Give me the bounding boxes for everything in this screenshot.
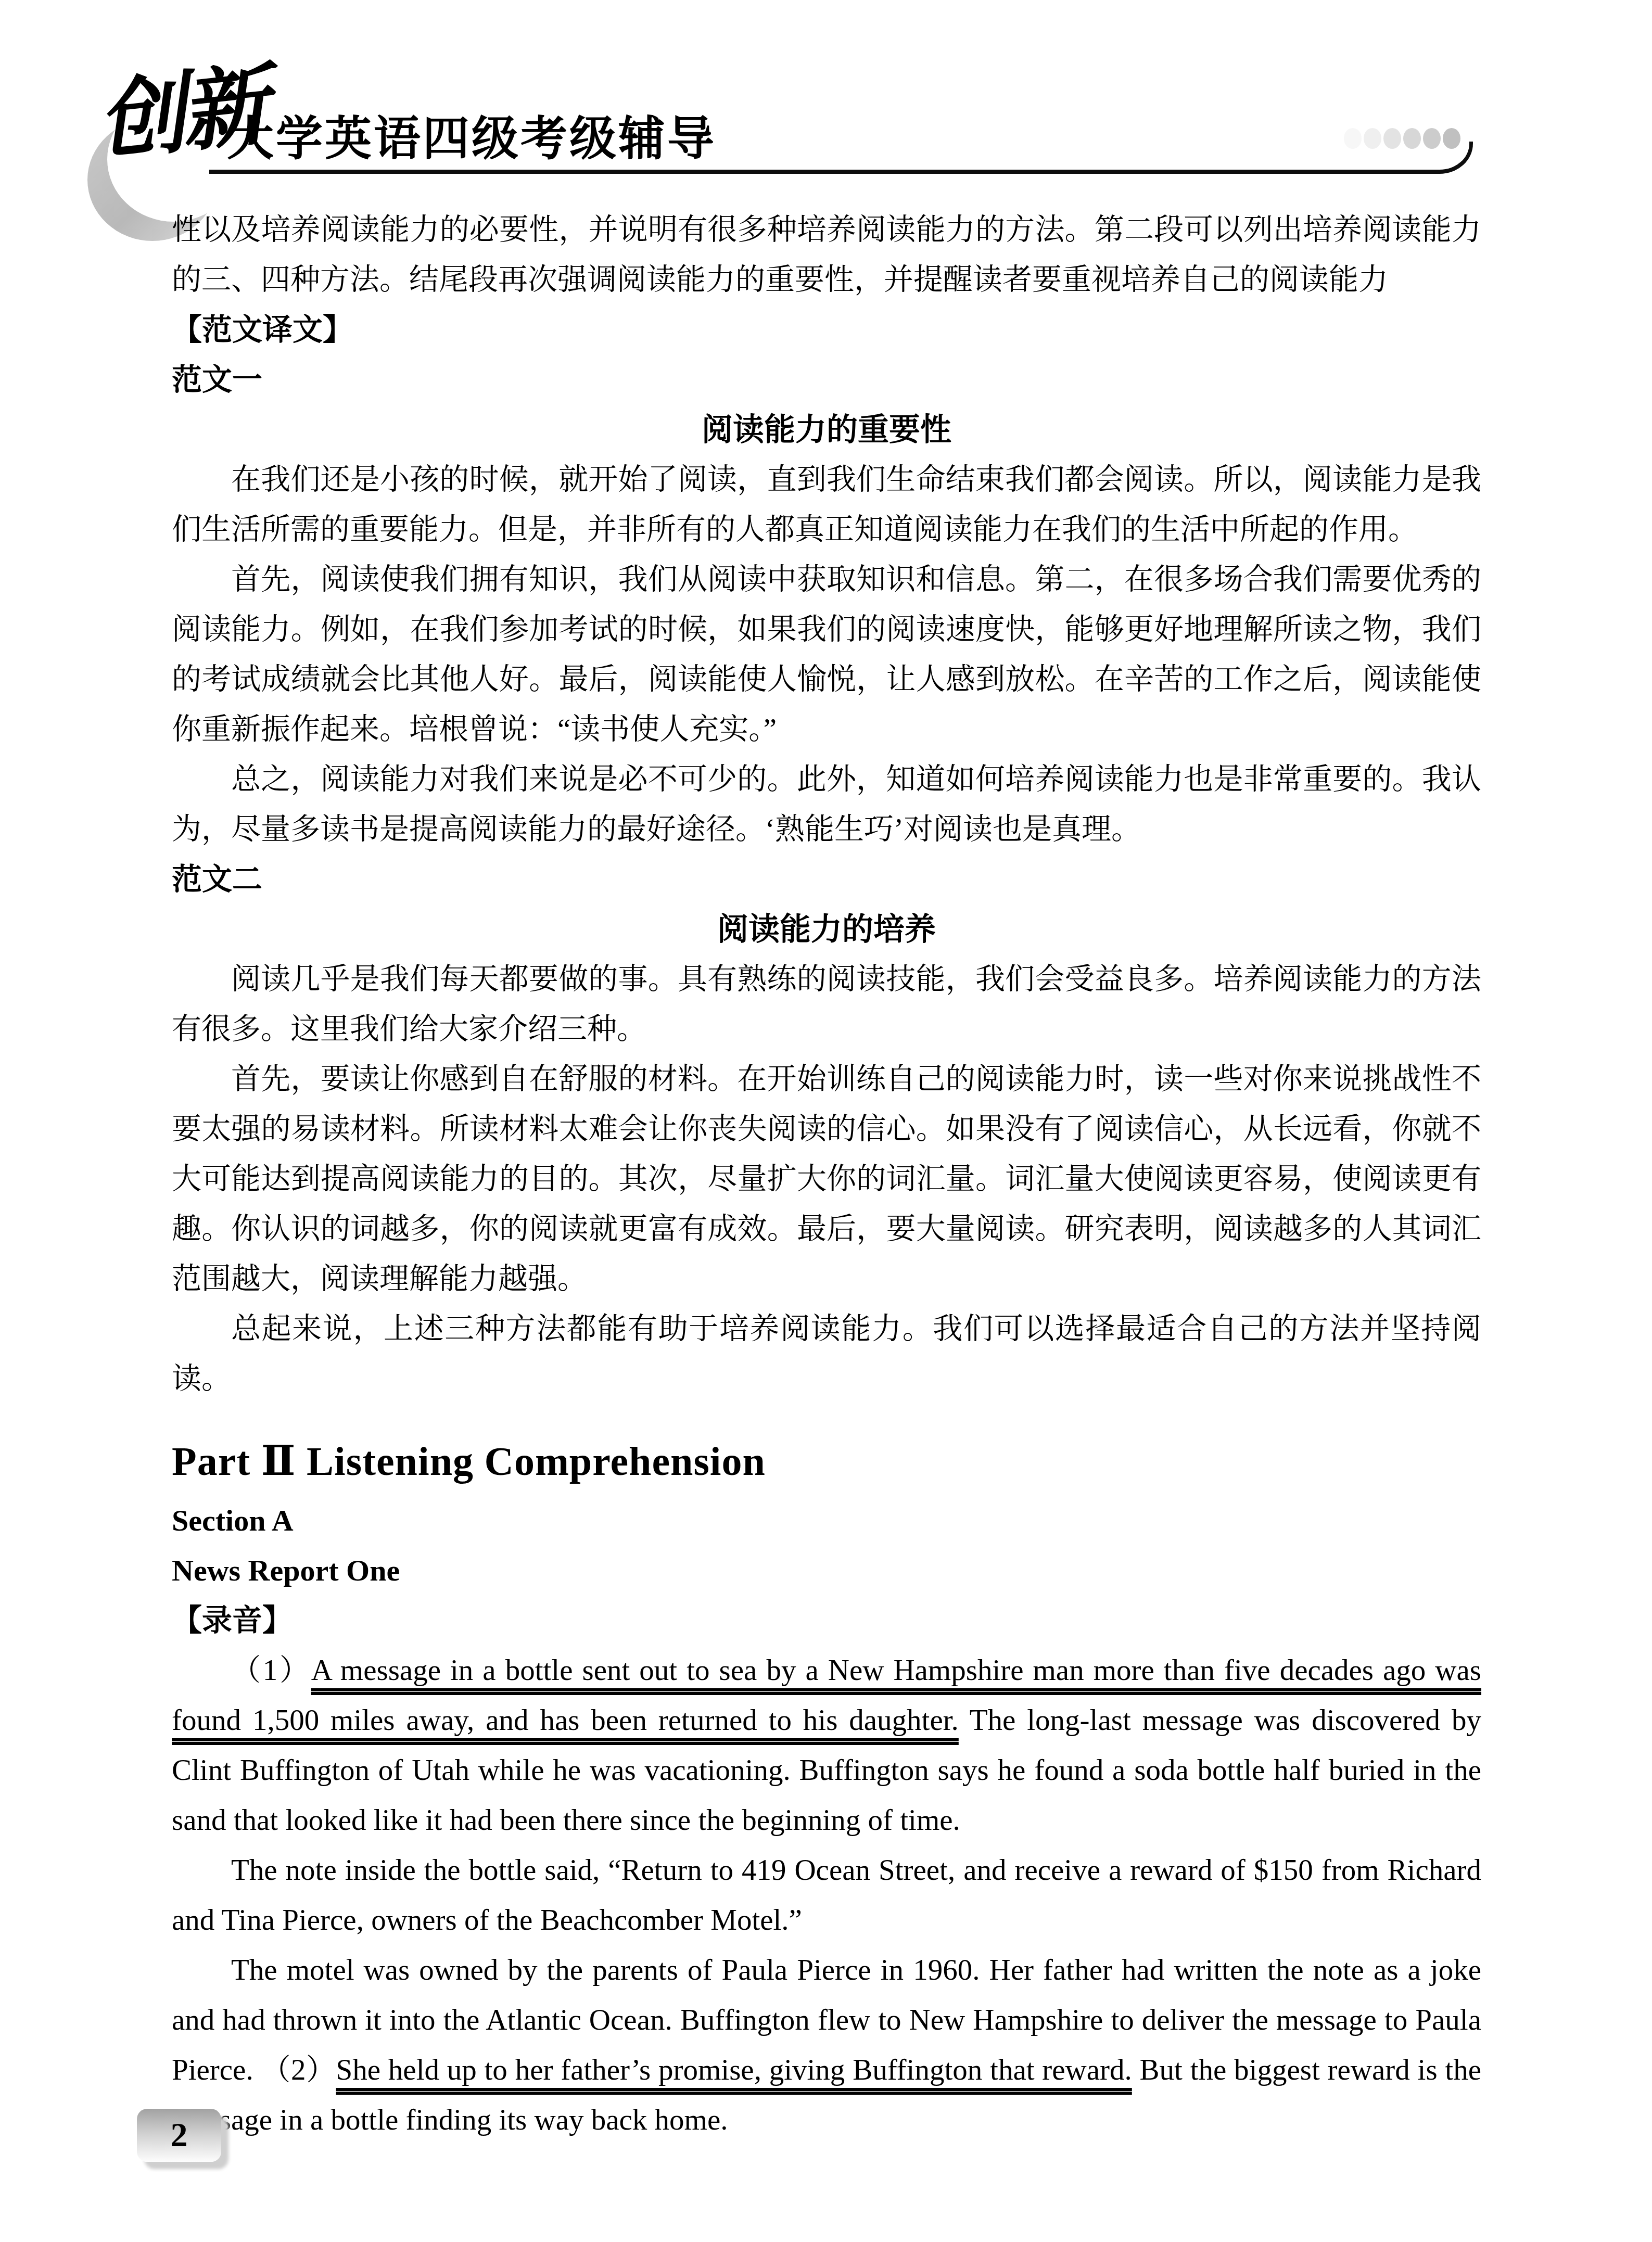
essay-2-label: 范文二 (172, 855, 1481, 905)
header-dot-icon (1403, 128, 1421, 149)
essay-1-paragraph: 在我们还是小孩的时候，就开始了阅读，直到我们生命结束我们都会阅读。所以，阅读能力… (172, 455, 1481, 555)
essay-2-paragraph: 总起来说，上述三种方法都能有助于培养阅读能力。我们可以选择最适合自己的方法并坚持… (172, 1304, 1481, 1404)
transcript-text: （1） (231, 1654, 311, 1687)
essay-2-paragraph: 首先，要读让你感到自在舒服的材料。在开始训练自己的阅读能力时，读一些对你来说挑战… (172, 1054, 1481, 1304)
recording-label: 【录音】 (172, 1596, 1481, 1646)
news-transcript-paragraph: The note inside the bottle said, “Return… (172, 1845, 1481, 1945)
news-transcript-paragraph: The motel was owned by the parents of Pa… (172, 1945, 1481, 2145)
header-dots-decoration (1344, 128, 1460, 149)
part2-title: Part Ⅱ Listening Comprehension (172, 1434, 1481, 1488)
essay-1-title: 阅读能力的重要性 (172, 405, 1481, 455)
essay-1-label: 范文一 (172, 355, 1481, 405)
essay-2-paragraph: 阅读几乎是我们每天都要做的事。具有熟练的阅读技能，我们会受益良多。培养阅读能力的… (172, 954, 1481, 1054)
news-transcript-paragraph: （1）A message in a bottle sent out to sea… (172, 1646, 1481, 1845)
header-dot-icon (1443, 128, 1460, 149)
essay-2-title: 阅读能力的培养 (172, 905, 1481, 954)
essay-1-paragraph: 首先，阅读使我们拥有知识，我们从阅读中获取知识和信息。第二，在很多场合我们需要优… (172, 555, 1481, 755)
essay-1-paragraph: 总之，阅读能力对我们来说是必不可少的。此外，知道如何培养阅读能力也是非常重要的。… (172, 755, 1481, 855)
intro-paragraph: 性以及培养阅读能力的必要性，并说明有很多种培养阅读能力的方法。第二段可以列出培养… (172, 205, 1481, 305)
page-number: 2 (171, 2116, 188, 2155)
header-dot-icon (1364, 128, 1381, 149)
header-rule (209, 142, 1473, 174)
header-dot-icon (1344, 128, 1362, 149)
news-report-one-label: News Report One (172, 1546, 1481, 1596)
page-content: 性以及培养阅读能力的必要性，并说明有很多种培养阅读能力的方法。第二段可以列出培养… (172, 205, 1481, 2145)
section-a-label: Section A (172, 1496, 1481, 1546)
underlined-answer-text: She held up to her father’s promise, giv… (336, 2054, 1132, 2086)
header-dot-icon (1383, 128, 1401, 149)
transcript-text: The note inside the bottle said, “Return… (172, 1854, 1481, 1937)
translation-section-label: 【范文译文】 (172, 305, 1481, 355)
listening-paragraphs: （1）A message in a bottle sent out to sea… (172, 1646, 1481, 2145)
book-page: 创新 大学英语四级考级辅导 性以及培养阅读能力的必要性，并说明有很多种培养阅读能… (0, 0, 1652, 2242)
page-header: 创新 大学英语四级考级辅导 (0, 0, 1652, 198)
header-dot-icon (1423, 128, 1441, 149)
transcript-text: （2） (261, 2054, 336, 2086)
page-number-badge: 2 (137, 2109, 221, 2162)
